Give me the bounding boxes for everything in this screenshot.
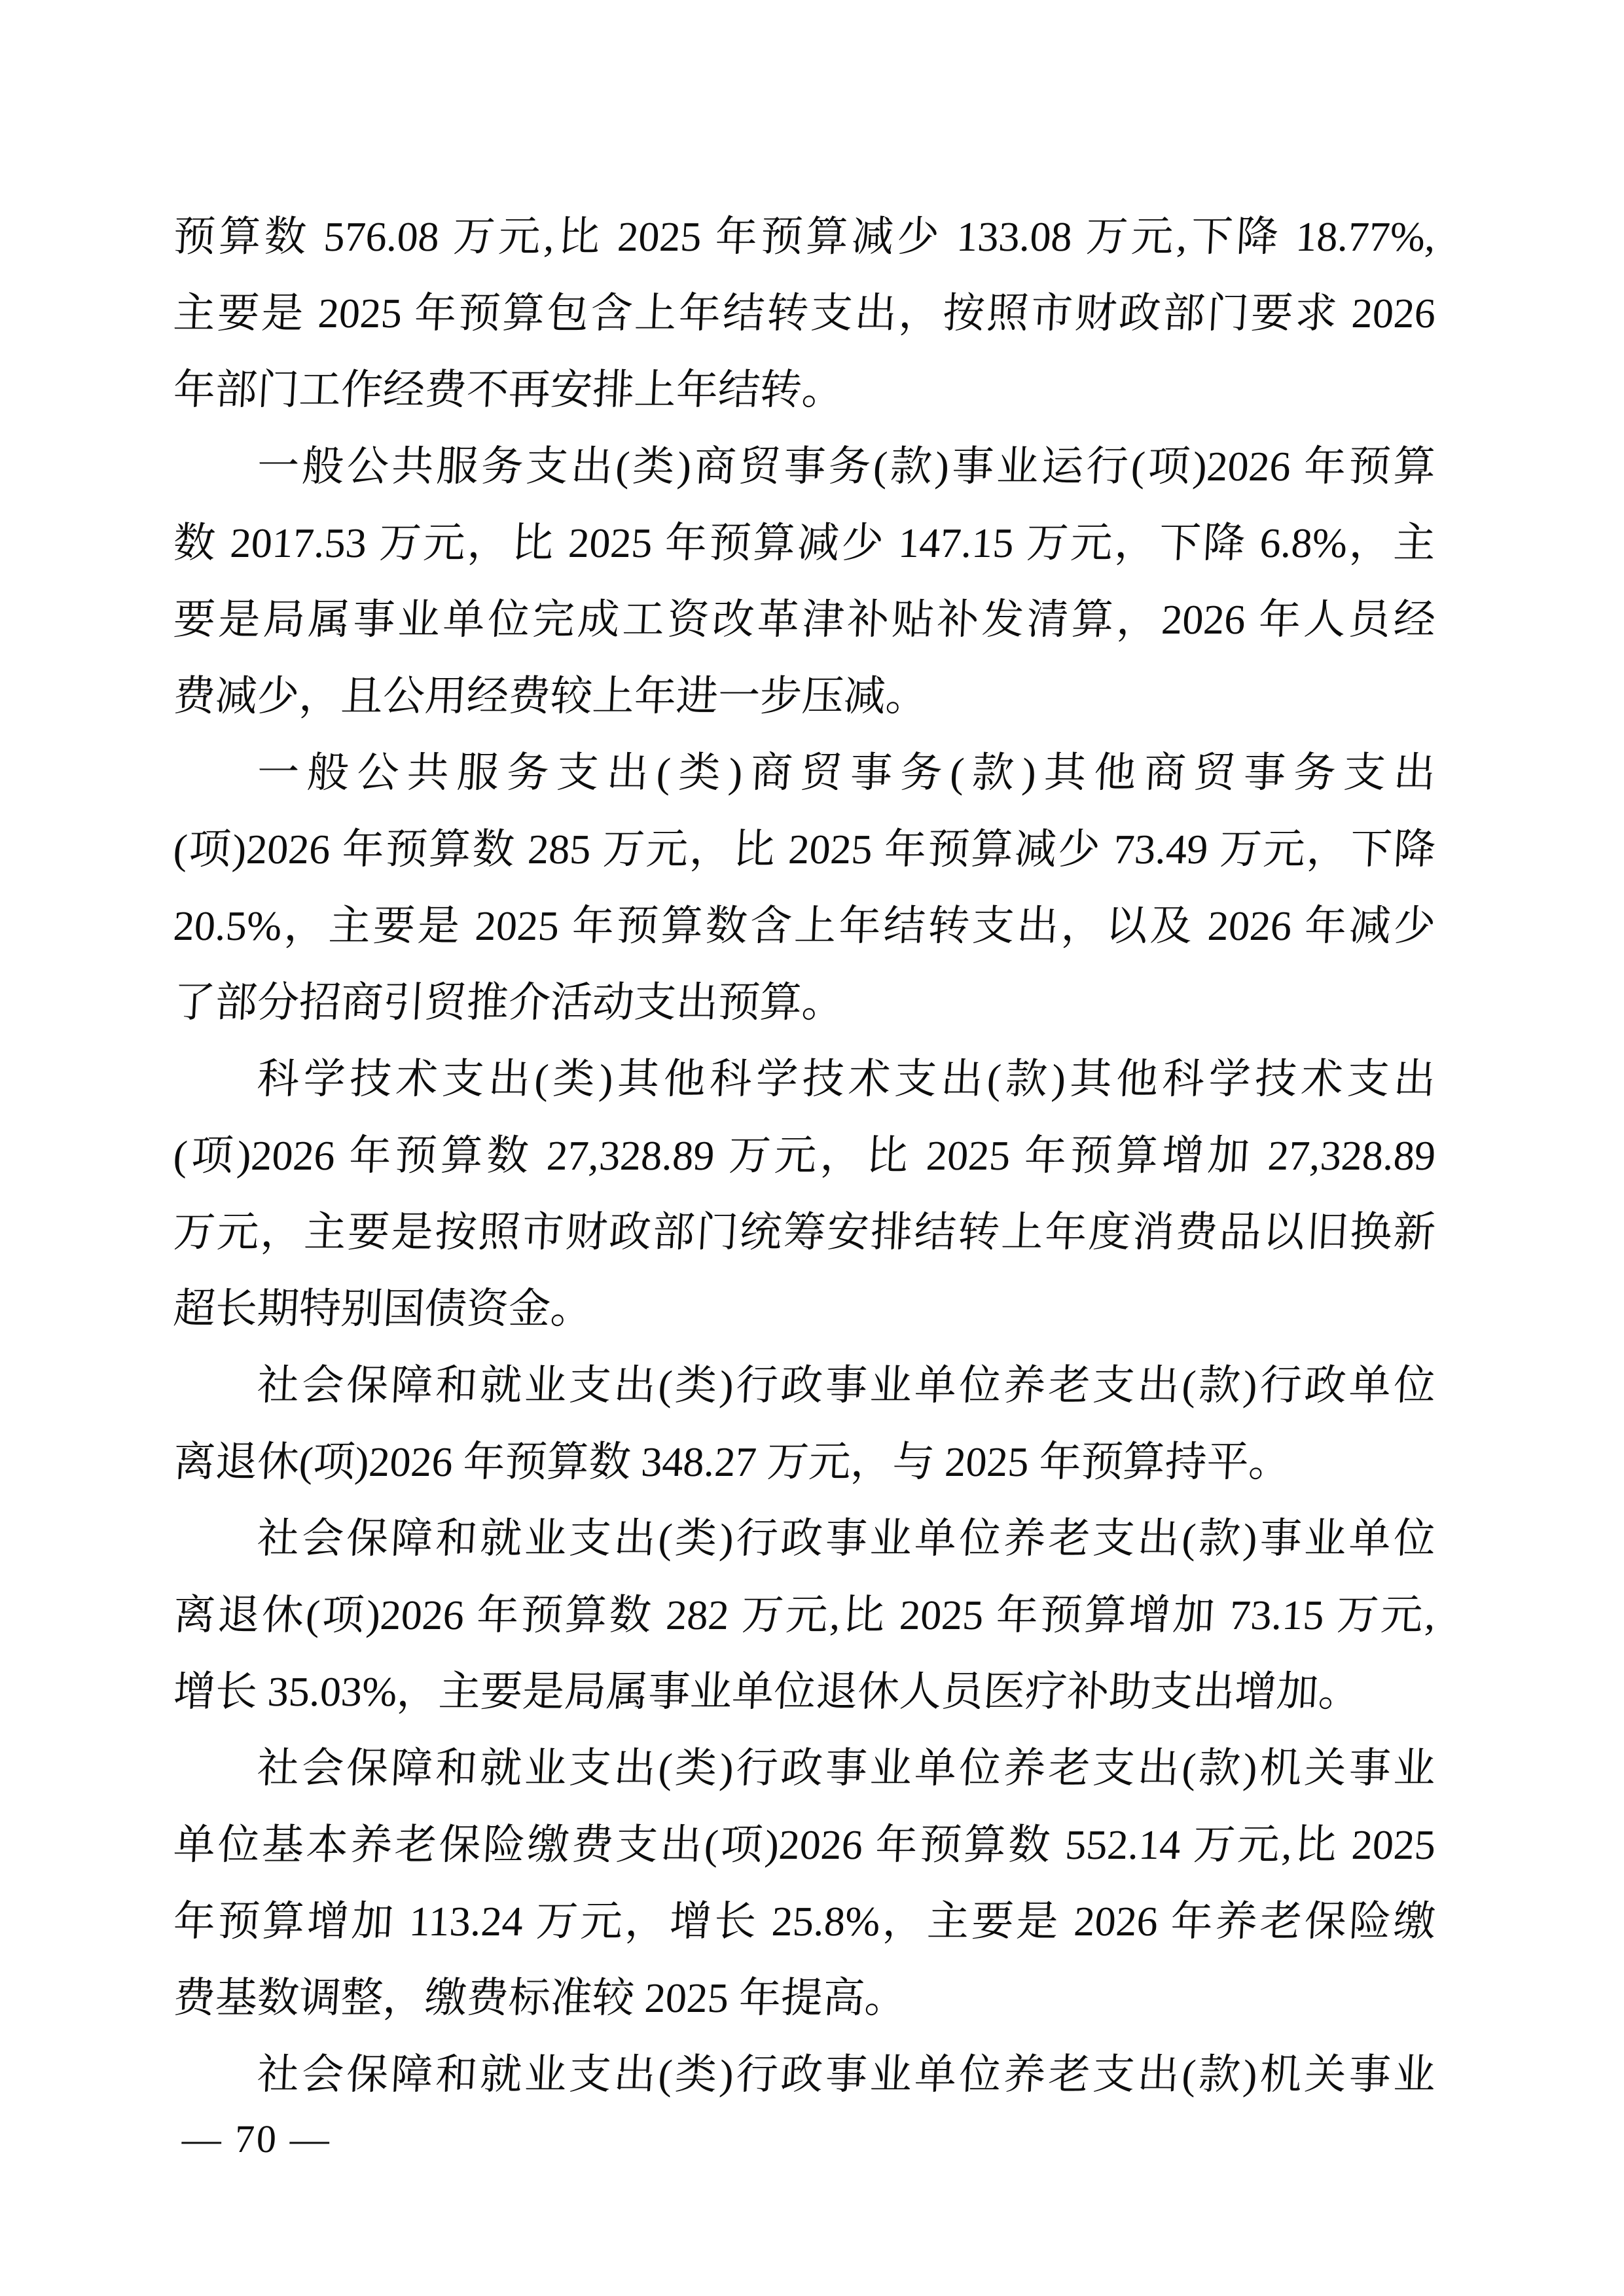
text-line: 一般公共服务支出(类)商贸事务(款)事业运行(项)2026 年预算 <box>171 428 1437 505</box>
text-line: 费基数调整，缴费标准较 2025 年提高。 <box>171 1960 1437 2036</box>
text-line: 主要是 2025 年预算包含上年结转支出，按照市财政部门要求 2026 <box>171 275 1437 351</box>
text-line: 年部门工作经费不再安排上年结转。 <box>171 351 1437 428</box>
text-line: 离退休(项)2026 年预算数 282 万元,比 2025 年预算增加 73.1… <box>171 1577 1437 1653</box>
text-line: 20.5%，主要是 2025 年预算数含上年结转支出，以及 2026 年减少 <box>171 888 1437 964</box>
text-line: 了部分招商引贸推介活动支出预算。 <box>171 964 1437 1041</box>
text-line: 社会保障和就业支出(类)行政事业单位养老支出(款)事业单位 <box>171 1500 1437 1577</box>
text-line: 万元，主要是按照市财政部门统筹安排结转上年度消费品以旧换新 <box>171 1194 1437 1270</box>
text-line: 离退休(项)2026 年预算数 348.27 万元，与 2025 年预算持平。 <box>171 1424 1437 1500</box>
text-line: 社会保障和就业支出(类)行政事业单位养老支出(款)机关事业 <box>171 2036 1437 2113</box>
text-line: 费减少，且公用经费较上年进一步压减。 <box>171 658 1437 734</box>
document-page: 预算数 576.08 万元,比 2025 年预算减少 133.08 万元,下降 … <box>0 0 1624 2296</box>
text-line: (项)2026 年预算数 27,328.89 万元，比 2025 年预算增加 2… <box>171 1117 1437 1194</box>
text-line: 科学技术支出(类)其他科学技术支出(款)其他科学技术支出 <box>171 1041 1437 1117</box>
text-line: 单位基本养老保险缴费支出(项)2026 年预算数 552.14 万元,比 202… <box>171 1806 1437 1883</box>
text-line: 要是局属事业单位完成工资改革津补贴补发清算，2026 年人员经 <box>171 581 1437 658</box>
text-line: 增长 35.03%，主要是局属事业单位退休人员医疗补助支出增加。 <box>171 1653 1437 1730</box>
text-line: 预算数 576.08 万元,比 2025 年预算减少 133.08 万元,下降 … <box>171 198 1437 275</box>
text-line: 年预算增加 113.24 万元，增长 25.8%，主要是 2026 年养老保险缴 <box>171 1883 1437 1960</box>
text-line: 超长期特别国债资金。 <box>171 1270 1437 1347</box>
text-line: 社会保障和就业支出(类)行政事业单位养老支出(款)机关事业 <box>171 1730 1437 1806</box>
body-text: 预算数 576.08 万元,比 2025 年预算减少 133.08 万元,下降 … <box>173 198 1435 2113</box>
text-line: (项)2026 年预算数 285 万元，比 2025 年预算减少 73.49 万… <box>171 811 1437 888</box>
text-line: 社会保障和就业支出(类)行政事业单位养老支出(款)行政单位 <box>171 1347 1437 1424</box>
page-number: — 70 — <box>181 2109 332 2169</box>
text-line: 数 2017.53 万元，比 2025 年预算减少 147.15 万元，下降 6… <box>171 505 1437 581</box>
text-line: 一般公共服务支出(类)商贸事务(款)其他商贸事务支出 <box>171 734 1437 811</box>
